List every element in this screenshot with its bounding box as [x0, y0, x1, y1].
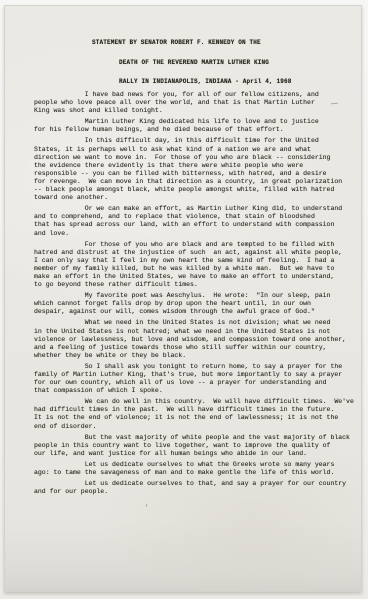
document-page: STATEMENT BY SENATOR ROBERT F. KENNEDY O… [4, 5, 362, 592]
document-header: STATEMENT BY SENATOR ROBERT F. KENNEDY O… [5, 39, 361, 86]
scan-artifact-speck [146, 504, 148, 507]
scan-background: STATEMENT BY SENATOR ROBERT F. KENNEDY O… [0, 0, 368, 599]
paragraph-8: So I shall ask you tonight to return hom… [34, 363, 361, 395]
paragraph-11: Let us dedicate ourselves to what the Gr… [34, 461, 361, 477]
paragraph-12: Let us dedicate ourselves to that, and s… [34, 480, 361, 496]
title-line-2: DEATH OF THE REVEREND MARTIN LUTHER KING [119, 59, 361, 67]
title-line-1: STATEMENT BY SENATOR ROBERT F. KENNEDY O… [92, 39, 361, 47]
paragraph-6: My favorite poet was Aeschylus. He wrote… [34, 292, 361, 316]
paragraph-7: What we need in the United States is not… [34, 319, 361, 359]
paragraph-1: I have bad news for you, for all of our … [34, 91, 361, 115]
title-line-3: RALLY IN INDIANAPOLIS, INDIANA - April 4… [119, 78, 361, 86]
paragraph-4: Or we can make an effort, as Martin Luth… [34, 205, 361, 237]
document-body: I have bad news for you, for all of our … [34, 91, 361, 496]
paragraph-10: But the vast majority of white people an… [34, 434, 361, 458]
paragraph-9: We can do well in this country. We will … [34, 398, 361, 430]
paragraph-3: In this difficult day, in this difficult… [34, 137, 361, 202]
paragraph-2: Martin Luther King dedicated his life to… [34, 118, 361, 134]
paragraph-5: For those of you who are black and are t… [34, 241, 361, 290]
